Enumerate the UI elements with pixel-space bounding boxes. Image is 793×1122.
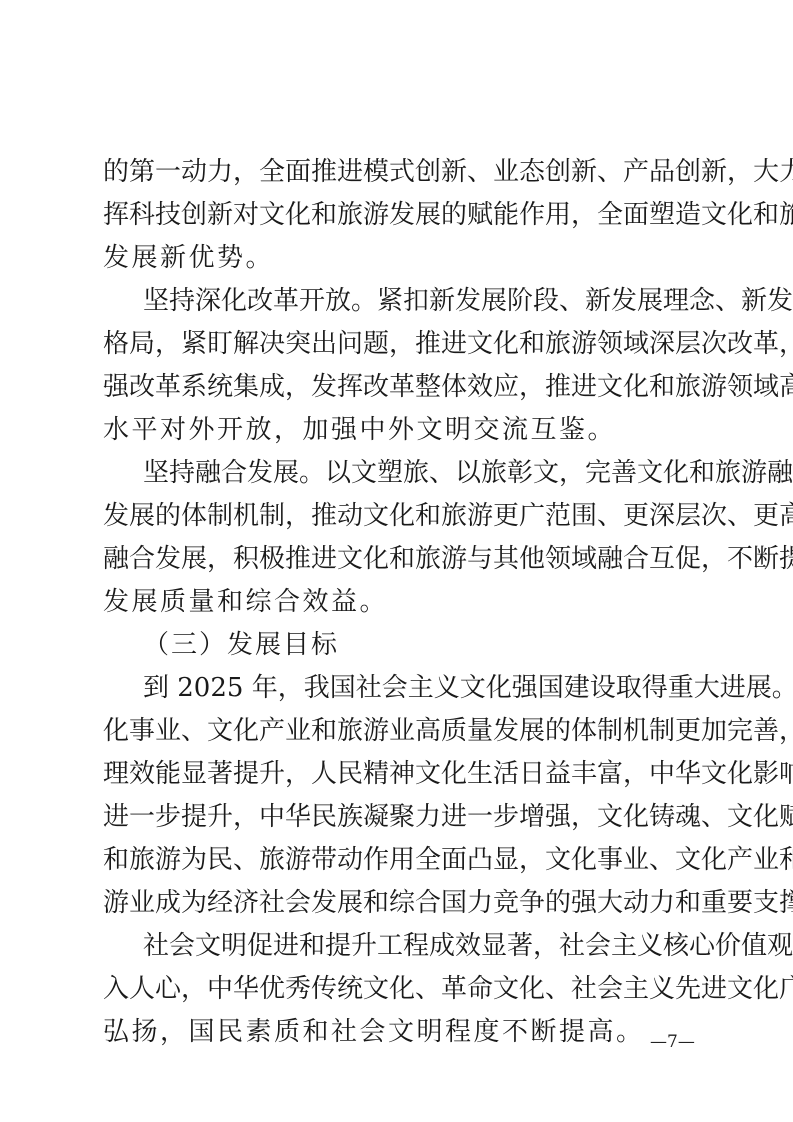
text-line: 进一步提升，中华民族凝聚力进一步增强，文化铸魂、文化赋能 (103, 801, 697, 833)
text-line: 入人心，中华优秀传统文化、革命文化、社会主义先进文化广为 (103, 973, 697, 1005)
paragraph-start-line: 坚持融合发展。以文塑旅、以旅彰文，完善文化和旅游融合 (143, 457, 697, 489)
text-line: 和旅游为民、旅游带动作用全面凸显，文化事业、文化产业和旅 (103, 844, 697, 876)
text-line: 强改革系统集成，发挥改革整体效应，推进文化和旅游领域高 (103, 371, 697, 403)
text-line: 游业成为经济社会发展和综合国力竞争的强大动力和重要支撑。 (103, 887, 697, 919)
paragraph-start-line: 社会文明促进和提升工程成效显著，社会主义核心价值观深 (143, 930, 697, 962)
text-line: 格局，紧盯解决突出问题，推进文化和旅游领域深层次改革，加 (103, 328, 697, 360)
text-line: 化事业、文化产业和旅游业高质量发展的体制机制更加完善，治 (103, 715, 697, 747)
page-number: —7— (650, 1032, 695, 1052)
document-page: 的第一动力，全面推进模式创新、业态创新、产品创新，大力发 挥科技创新对文化和旅游… (0, 0, 793, 1122)
text-line: 理效能显著提升，人民精神文化生活日益丰富，中华文化影响力 (103, 758, 697, 790)
text-line: 挥科技创新对文化和旅游发展的赋能作用，全面塑造文化和旅游 (103, 199, 697, 231)
text-line: 的第一动力，全面推进模式创新、业态创新、产品创新，大力发 (103, 156, 697, 188)
text-line: 发展的体制机制，推动文化和旅游更广范围、更深层次、更高水平 (103, 500, 697, 532)
text-line: 发展质量和综合效益。 (103, 586, 697, 618)
text-line: 融合发展，积极推进文化和旅游与其他领域融合互促，不断提高 (103, 543, 697, 575)
text-line: 弘扬，国民素质和社会文明程度不断提高。 (103, 1016, 697, 1048)
text-line: 发展新优势。 (103, 242, 697, 274)
paragraph-start-line: 坚持深化改革开放。紧扣新发展阶段、新发展理念、新发展 (143, 285, 697, 317)
text-line: 水平对外开放，加强中外文明交流互鉴。 (103, 414, 697, 446)
paragraph-start-line: 到 2025 年，我国社会主义文化强国建设取得重大进展。文 (143, 672, 697, 704)
section-heading: （三）发展目标 (143, 629, 443, 661)
